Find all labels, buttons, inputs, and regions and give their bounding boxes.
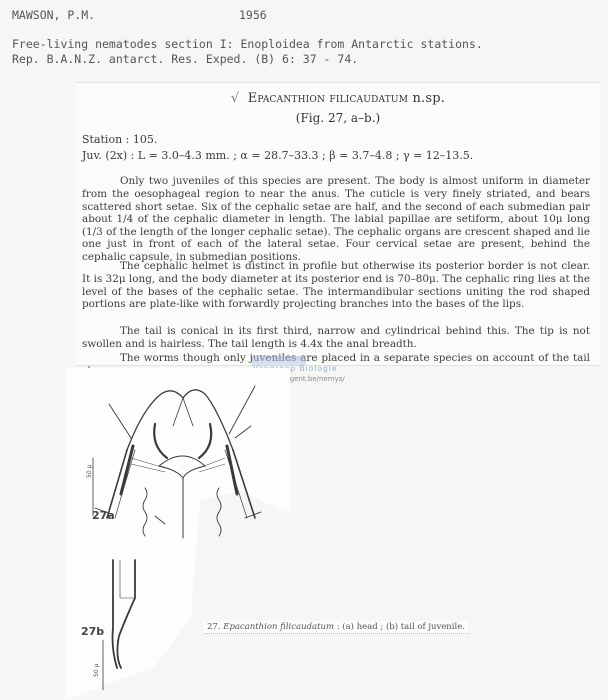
measurements: Juv. (2x) : L = 3.0–4.3 mm. ; α = 28.7–3…: [82, 149, 473, 162]
head-drawing-icon: [93, 386, 261, 538]
species-heading: √ Epacanthion filicaudatum n.sp.: [76, 91, 600, 106]
figure-caption: 27. Epacanthion filicaudatum : (a) head …: [204, 621, 468, 634]
scale-label-a: 50 μ: [86, 465, 93, 478]
station: Station : 105.: [82, 133, 157, 146]
scale-label-b: 50 μ: [93, 664, 100, 677]
paragraph-tail: The tail is conical in its first third, …: [82, 325, 590, 350]
author: MAWSON, P.M.: [12, 8, 95, 22]
paragraph-helmet: The cephalic helmet is distinct in profi…: [82, 260, 590, 310]
reference-title: Free-living nematodes section I: Enoploi…: [12, 37, 483, 51]
check-mark-icon: √: [231, 91, 239, 106]
figure-label-b: 27b: [81, 625, 104, 638]
reference-source: Rep. B.A.N.Z. antarct. Res. Exped. (B) 6…: [12, 52, 358, 66]
figure-label-a: 27a: [92, 509, 115, 522]
species-name: Epacanthion filicaudatum: [248, 91, 408, 106]
caption-species: Epacanthion filicaudatum: [223, 622, 334, 632]
tail-drawing-icon: [103, 560, 135, 690]
paragraph-description: Only two juveniles of this species are p…: [82, 175, 590, 263]
article-text-clipping: √ Epacanthion filicaudatum n.sp. (Fig. 2…: [76, 82, 600, 366]
species-suffix: n.sp.: [412, 91, 445, 106]
year: 1956: [239, 8, 267, 22]
nematode-illustration: [65, 368, 290, 700]
caption-text: : (a) head ; (b) tail of juvenile.: [334, 622, 465, 632]
caption-number: 27.: [207, 622, 221, 632]
figure-reference: (Fig. 27, a–b.): [76, 111, 600, 125]
